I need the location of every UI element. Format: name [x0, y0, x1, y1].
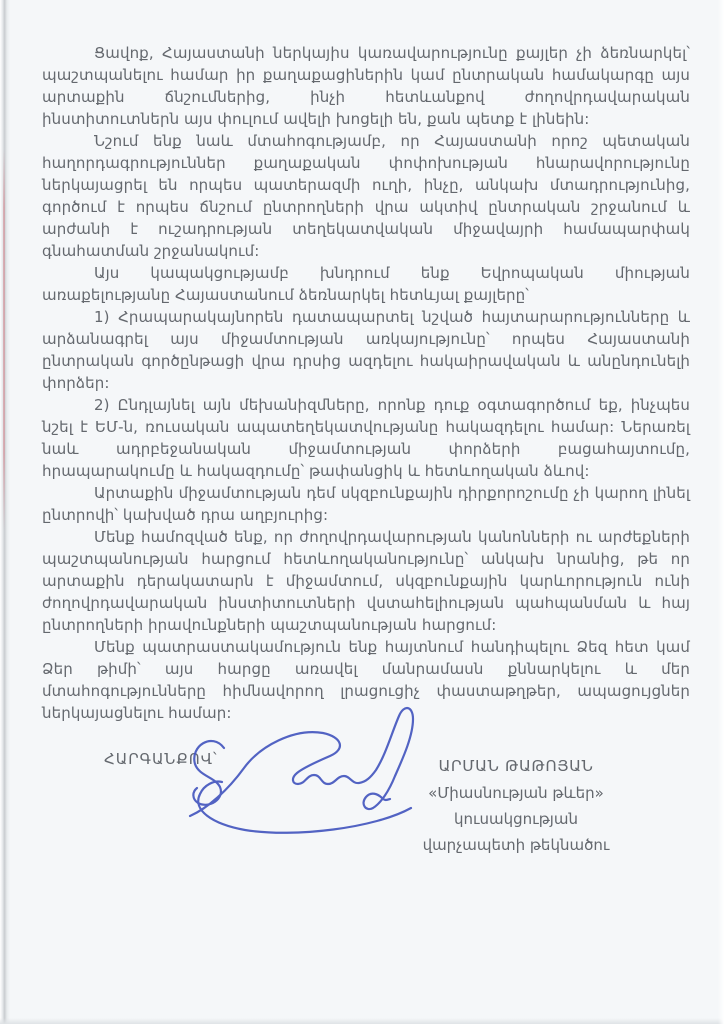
letter-body: Ցավոք, Հայաստանի ներկայիս կառավարություն…: [42, 42, 690, 724]
signer-title: վարչապետի թեկնածու: [368, 832, 664, 858]
scanner-edge-bottom: [0, 1018, 724, 1024]
signer-block: ԱՐՄԱՆ ԹԱԹՈՅԱՆ «Միասնության թևեր» կուսակց…: [368, 757, 664, 858]
paragraph-5: 2) Ընդլայնել այն մեխանիզմները, որոնք դու…: [42, 394, 690, 482]
signer-party: «Միասնության թևեր» կուսակցության: [368, 780, 664, 832]
scanner-edge-left: [0, 0, 10, 1024]
scanner-edge-color-fringe: [3, 150, 5, 530]
paragraph-8: Մենք պատրաստակամություն ենք հայտնում հան…: [42, 636, 690, 724]
paragraph-3: Այս կապակցությամբ խնդրում ենք Եվրոպական …: [42, 262, 690, 306]
paragraph-4: 1) Հրապարակայնորեն դատապարտել նշված հայտ…: [42, 306, 690, 394]
scanned-letter-page: Ցավոք, Հայաստանի ներկայիս կառավարություն…: [0, 0, 724, 1024]
paragraph-6: Արտաքին միջամտության դեմ սկզբունքային դի…: [42, 482, 690, 526]
paragraph-1: Ցավոք, Հայաստանի ներկայիս կառավարություն…: [42, 42, 690, 130]
paragraph-2: Նշում ենք նաև մտահոգությամբ, որ Հայաստան…: [42, 130, 690, 262]
scanner-edge-right: [718, 0, 724, 1024]
signer-name: ԱՐՄԱՆ ԹԱԹՈՅԱՆ: [368, 757, 664, 775]
salutation-label: ՀԱՐԳԱՆՔՈՎ՝: [104, 750, 218, 768]
paragraph-7: Մենք համոզված ենք, որ ժողովրդավարության …: [42, 526, 690, 636]
